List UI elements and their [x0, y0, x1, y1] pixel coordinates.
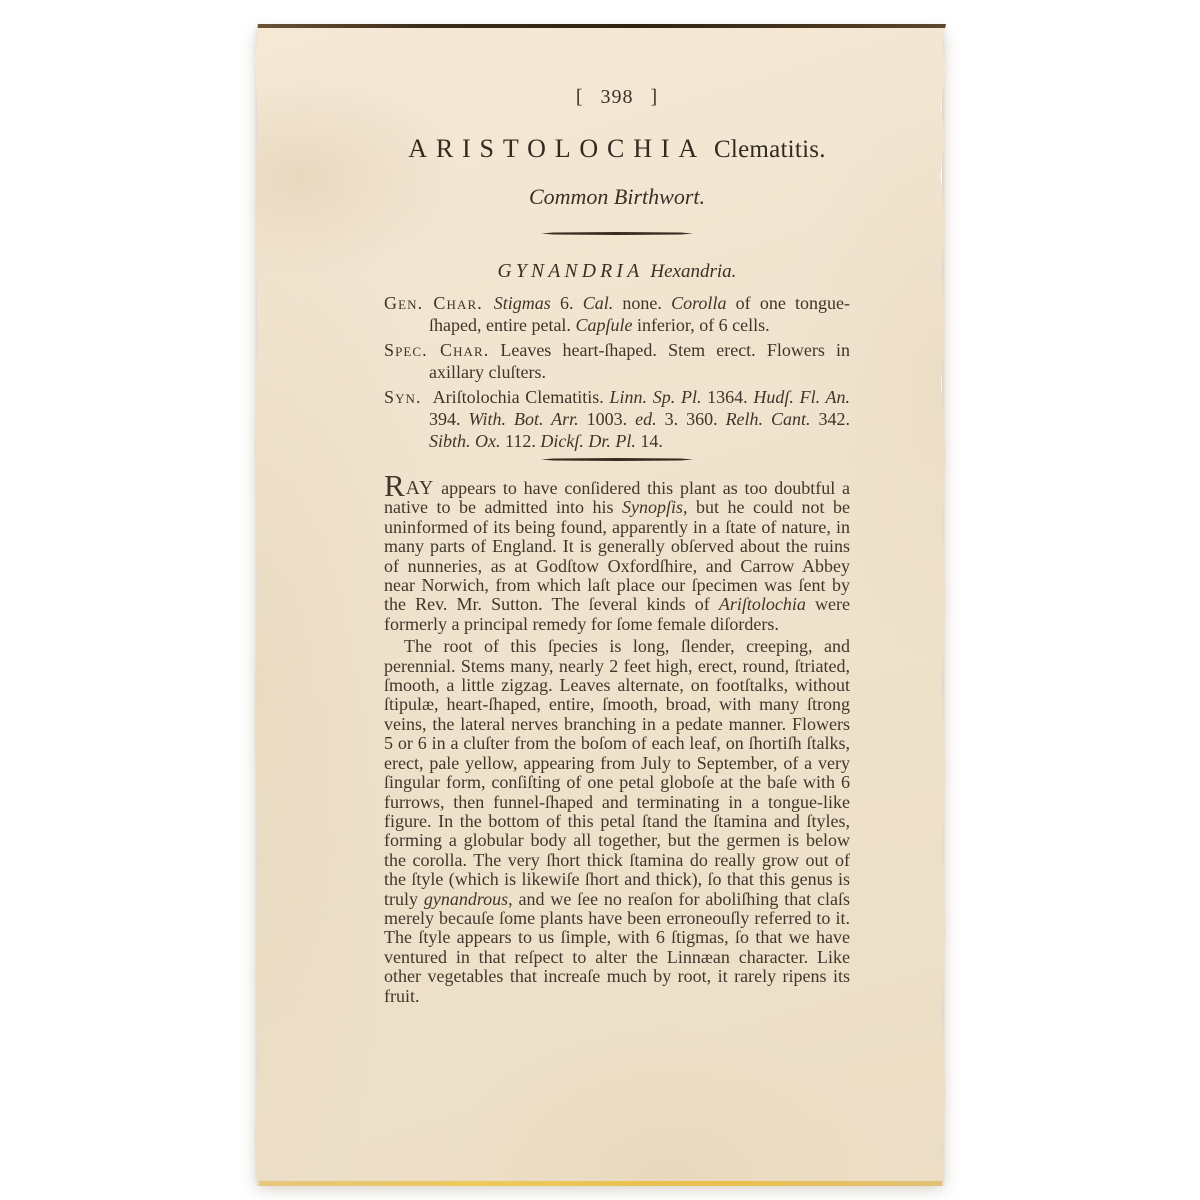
common-name: Common Birthwort.	[384, 184, 850, 210]
title-species: Clematitis.	[714, 136, 826, 163]
entry-gen-char: Gen. Char.Stigmas 6. Cal. none. Corolla …	[384, 292, 850, 336]
paragraph-description-text: The root of this ſpecies is long, ſlende…	[384, 636, 850, 1005]
entry-gen-char-label: Gen. Char.	[384, 293, 483, 313]
book-page: [ 398 ] ARISTOLOCHIAClematitis. Common B…	[254, 24, 946, 1186]
paragraph-history-text: AY appears to have conſidered this plant…	[384, 478, 850, 634]
linnaean-order: Hexandria.	[650, 261, 736, 282]
linnaean-class: GYNANDRIA	[498, 261, 644, 282]
divider-rule-bottom	[541, 458, 693, 461]
entry-syn-label: Syn.	[384, 387, 422, 407]
page-title: ARISTOLOCHIAClematitis.	[384, 134, 850, 168]
page-number: [ 398 ]	[384, 86, 850, 108]
entry-syn-text: Ariſtolochia Clematitis. Linn. Sp. Pl. 1…	[429, 387, 850, 451]
character-entries: Gen. Char.Stigmas 6. Cal. none. Corolla …	[384, 292, 850, 452]
entry-spec-char: Spec. Char.Leaves heart-ſhaped. Stem ere…	[384, 339, 850, 383]
paragraph-description: The root of this ſpecies is long, ſlende…	[384, 637, 850, 1006]
entry-spec-char-label: Spec. Char.	[384, 340, 489, 360]
title-genus: ARISTOLOCHIA	[408, 134, 706, 163]
entry-syn: Syn.Ariſtolochia Clematitis. Linn. Sp. P…	[384, 386, 850, 452]
text-column: [ 398 ] ARISTOLOCHIAClematitis. Common B…	[384, 24, 850, 1006]
entry-gen-char-text: Stigmas 6. Cal. none. Corolla of one ton…	[429, 293, 850, 335]
divider-rule-top	[541, 232, 693, 235]
entry-spec-char-text: Leaves heart-ſhaped. Stem erect. Flowers…	[429, 340, 850, 382]
paragraph-history: RAY appears to have conſidered this plan…	[384, 479, 850, 634]
classification-line: GYNANDRIAHexandria.	[384, 261, 850, 283]
